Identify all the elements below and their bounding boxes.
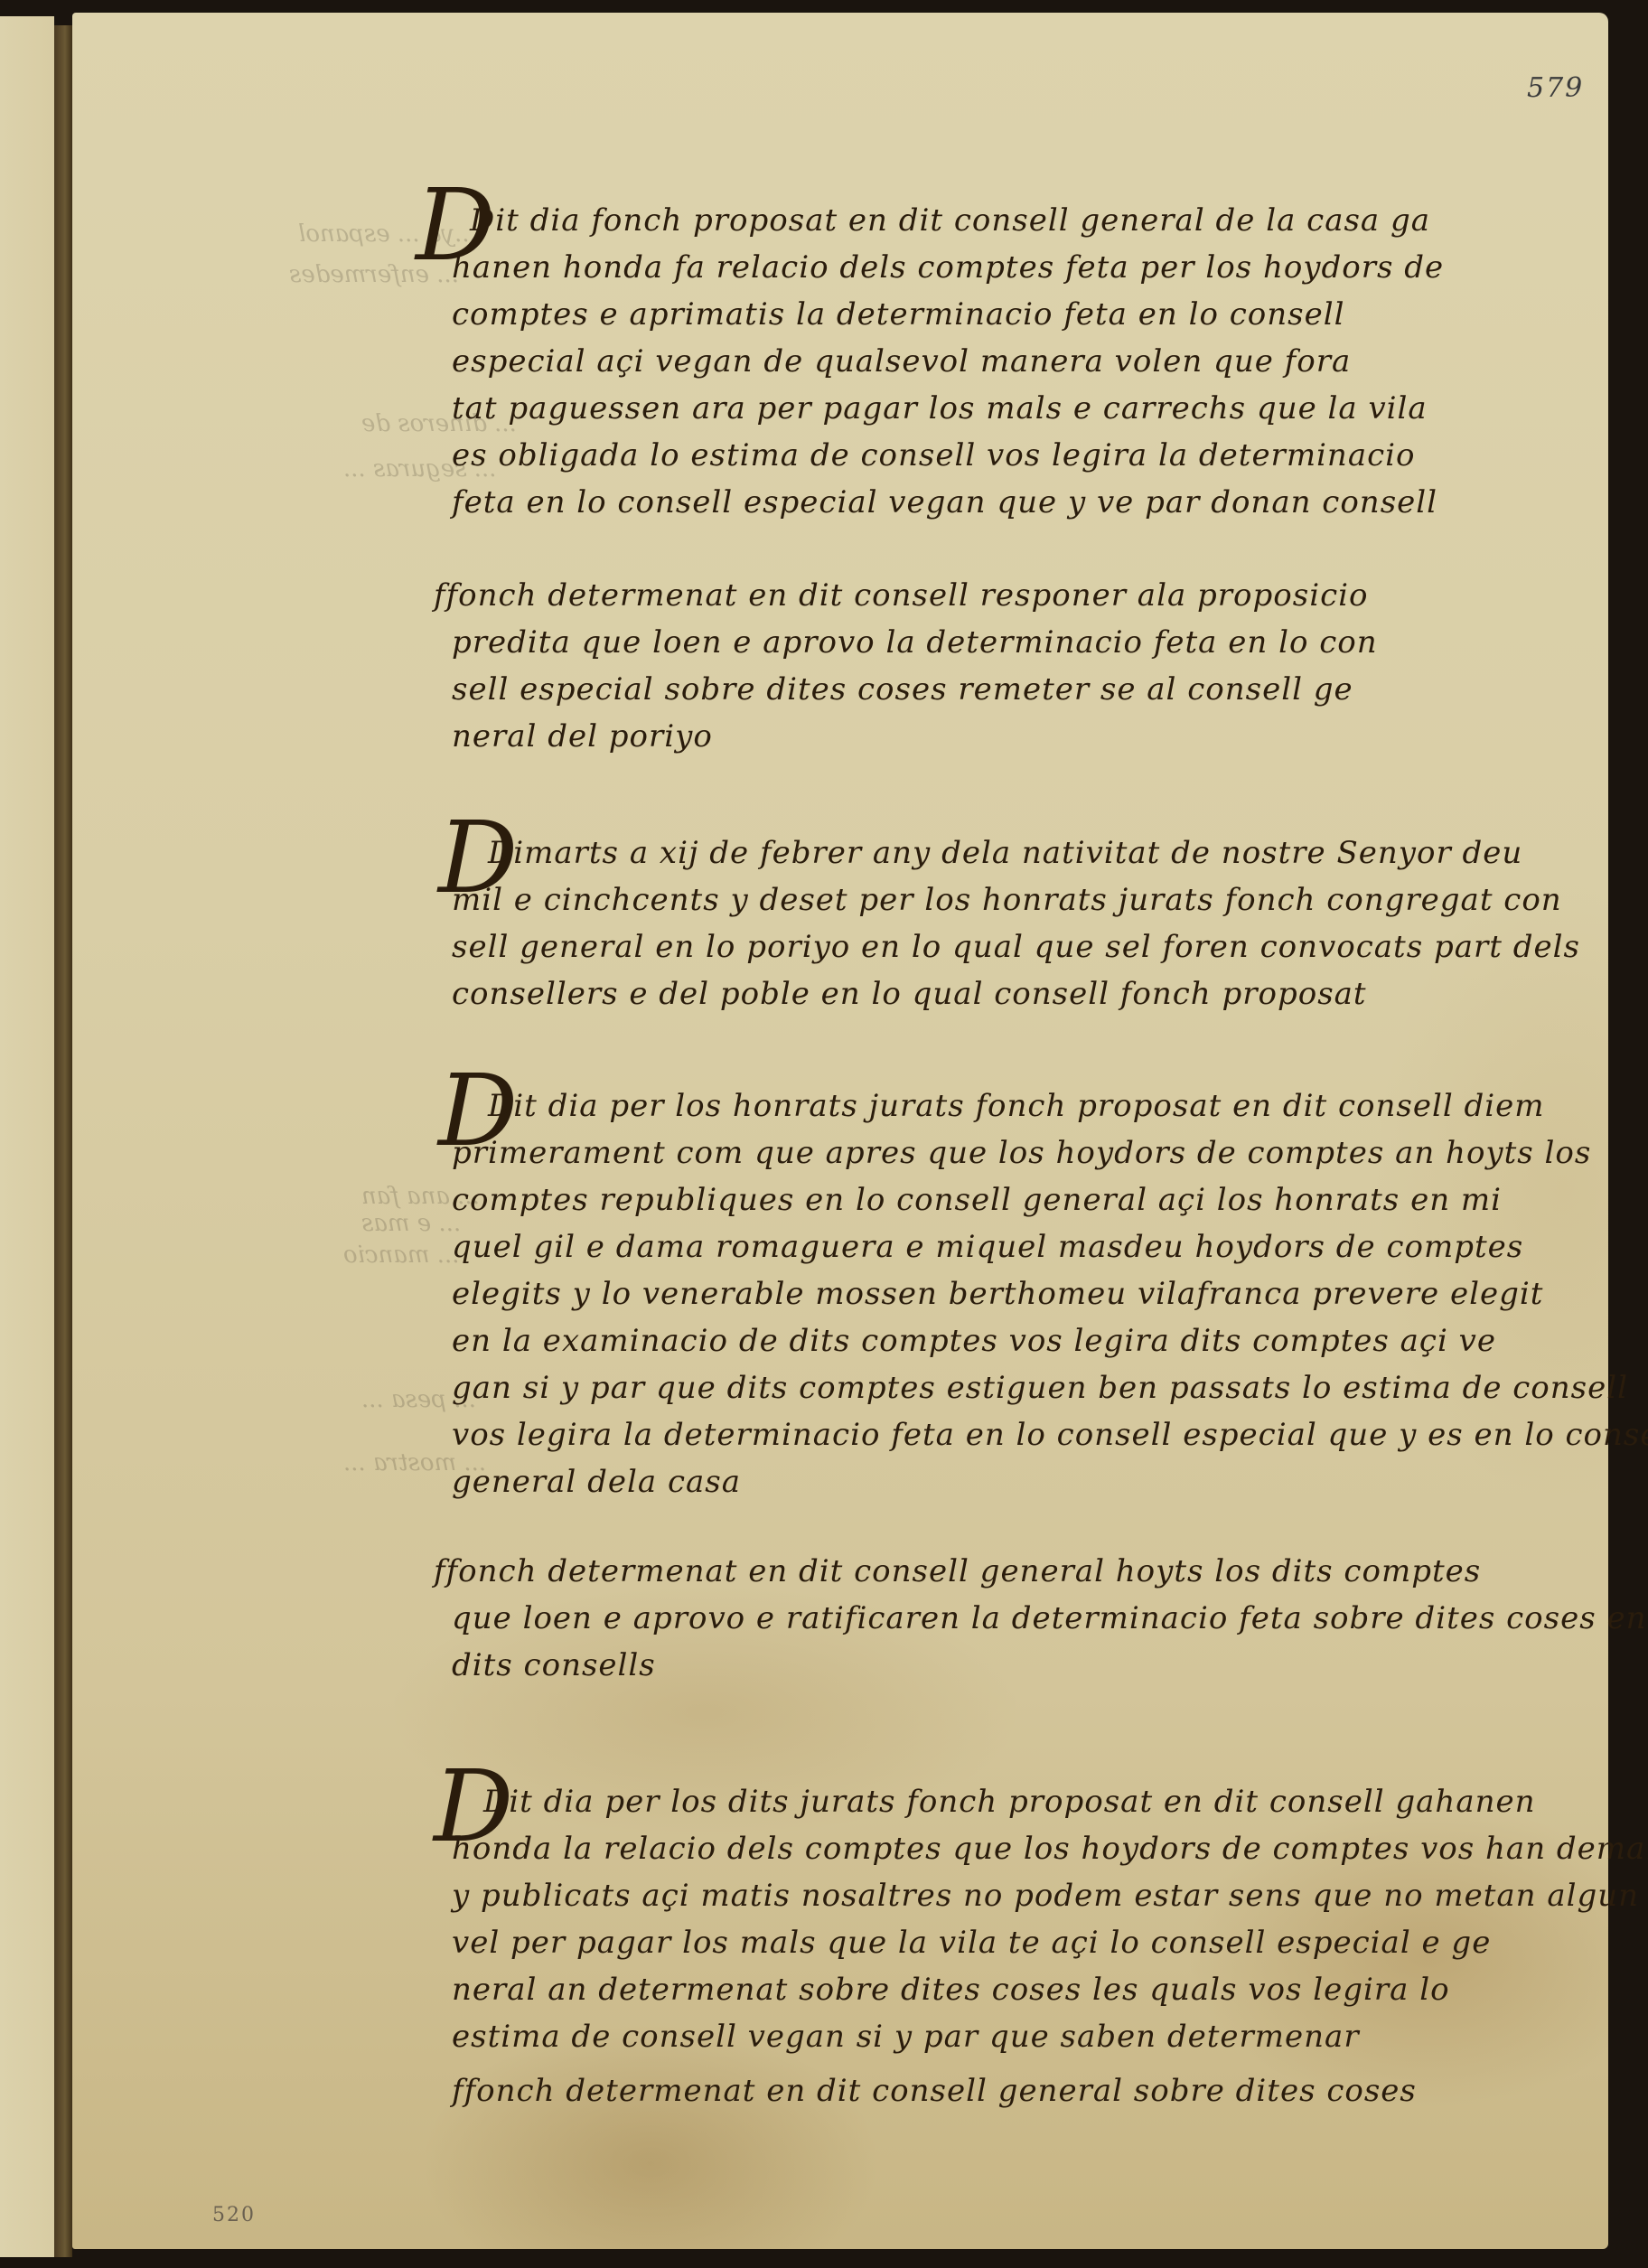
text-line: gan si y par que dits comptes estiguen b… — [452, 1370, 1628, 1406]
text-line: vos legira la determinacio feta en lo co… — [452, 1417, 1648, 1453]
text-line: estima de consell vegan si y par que sab… — [452, 2019, 1360, 2055]
text-line: feta en lo consell especial vegan que y … — [452, 484, 1437, 520]
folio-number-bottom: 520 — [212, 2204, 256, 2226]
text-line: neral an determenat sobre dites coses le… — [452, 1972, 1450, 2008]
text-line: predita que loen e aprovo la determinaci… — [452, 624, 1378, 661]
text-line: honda la relacio dels comptes que los ho… — [452, 1831, 1648, 1867]
text-line: vel per pagar los mals que la vila te aç… — [452, 1925, 1491, 1961]
text-line: mil e cinchcents y deset per los honrats… — [452, 882, 1562, 918]
text-line: ffonch determenat en dit consell general… — [434, 1553, 1481, 1589]
text-line: comptes e aprimatis la determinacio feta… — [452, 296, 1344, 333]
text-line: especial açi vegan de qualsevol manera v… — [452, 343, 1351, 380]
text-line: Dit dia fonch proposat en dit consell ge… — [470, 202, 1430, 239]
text-line: sell especial sobre dites coses remeter … — [452, 671, 1353, 708]
text-line: ffonch determenat en dit consell general… — [452, 2073, 1417, 2109]
text-line: tat paguessen ara per pagar los mals e c… — [452, 390, 1428, 426]
text-line: primerament com que apres que los hoydor… — [452, 1135, 1591, 1171]
text-line: que loen e aprovo e ratificaren la deter… — [452, 1600, 1648, 1636]
facing-leaf-edge — [0, 16, 54, 2257]
text-line: hanen honda fa relacio dels comptes feta… — [452, 249, 1444, 286]
text-line: y publicats açi matis nosaltres no podem… — [452, 1878, 1639, 1914]
text-line: en la examinacio de dits comptes vos leg… — [452, 1323, 1496, 1359]
binding-gutter — [54, 25, 72, 2257]
manuscript-page: 579 520 ...ya ... espanol ... enfermedes… — [72, 13, 1608, 2249]
text-line: neral del poriyo — [452, 718, 713, 754]
text-line: Dit dia per los dits jurats fonch propos… — [483, 1784, 1536, 1820]
bleedthrough-note: ... e mas — [361, 1210, 461, 1237]
text-line: dits consells — [452, 1647, 656, 1683]
bleedthrough-note: ... mancio — [343, 1242, 460, 1269]
text-line: comptes republiques en lo consell genera… — [452, 1182, 1502, 1218]
text-line: general dela casa — [452, 1464, 741, 1500]
text-line: Dimarts a xij de febrer any dela nativit… — [488, 835, 1522, 871]
text-line: quel gil e dama romaguera e miquel masde… — [452, 1229, 1523, 1265]
text-line: sell general en lo poriyo en lo qual que… — [452, 929, 1580, 965]
text-line: es obligada lo estima de consell vos leg… — [452, 437, 1415, 473]
text-line: elegits y lo venerable mossen berthomeu … — [452, 1276, 1543, 1312]
text-line: Dit dia per los honrats jurats fonch pro… — [488, 1088, 1545, 1124]
folio-number-top: 579 — [1527, 72, 1584, 104]
text-line: consellers e del poble en lo qual consel… — [452, 976, 1367, 1012]
text-line: ffonch determenat en dit consell respone… — [434, 577, 1368, 614]
